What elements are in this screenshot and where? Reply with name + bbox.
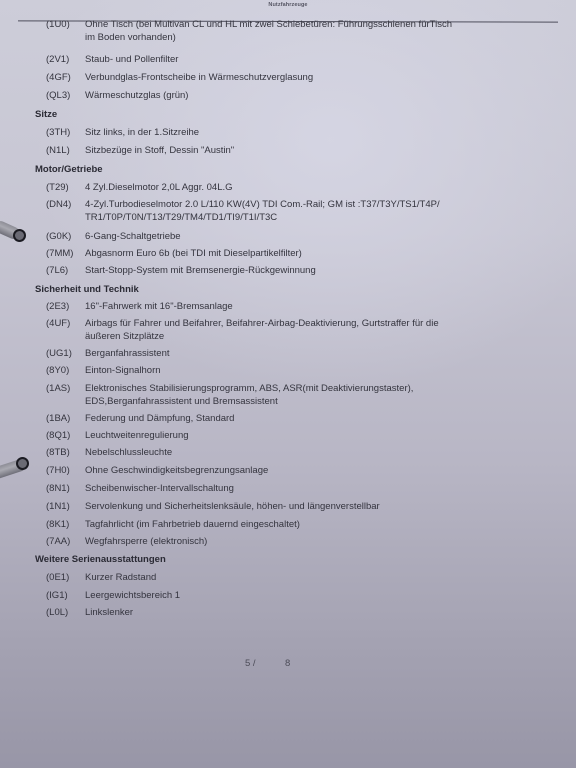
equipment-description: Ohne Tisch (bei Multivan CL und HL mit z… — [85, 18, 505, 31]
section-title: Sitze — [35, 109, 57, 120]
equipment-code: (L0L) — [46, 606, 84, 619]
equipment-description: 4-Zyl.Turbodieselmotor 2.0 L/110 KW(4V) … — [85, 198, 505, 211]
page-number-total: 8 — [285, 658, 290, 669]
equipment-code: (4GF) — [46, 71, 84, 84]
equipment-description-continued: EDS,Berganfahrassistent und Bremsassiste… — [85, 395, 505, 408]
equipment-code: (QL3) — [46, 89, 84, 102]
equipment-description: Berganfahrassistent — [85, 347, 505, 360]
equipment-code: (IG1) — [46, 589, 84, 602]
binder-ring-hole-top — [13, 229, 26, 242]
equipment-description: Linkslenker — [85, 606, 505, 619]
equipment-code: (7MM) — [46, 247, 84, 260]
page-number-current: 5 / — [245, 658, 256, 669]
equipment-code: (2V1) — [46, 53, 84, 66]
equipment-description: 16"-Fahrwerk mit 16"-Bremsanlage — [85, 300, 505, 313]
binder-ring-hole-bottom — [16, 457, 29, 470]
equipment-description: Scheibenwischer-Intervallschaltung — [85, 482, 505, 495]
equipment-description: 6-Gang-Schaltgetriebe — [85, 230, 505, 243]
equipment-description: 4 Zyl.Dieselmotor 2,0L Aggr. 04L.G — [85, 181, 505, 194]
equipment-code: (1U0) — [46, 18, 84, 31]
equipment-description: Wärmeschutzglas (grün) — [85, 89, 505, 102]
equipment-description: Leergewichtsbereich 1 — [85, 589, 505, 602]
equipment-code: (7L6) — [46, 264, 84, 277]
section-title: Weitere Serienausstattungen — [35, 554, 166, 565]
equipment-description: Verbundglas-Frontscheibe in Wärmeschutzv… — [85, 71, 505, 84]
equipment-code: (4UF) — [46, 317, 84, 330]
equipment-code: (0E1) — [46, 571, 84, 584]
equipment-description: Elektronisches Stabilisierungsprogramm, … — [85, 382, 505, 395]
equipment-code: (1AS) — [46, 382, 84, 395]
equipment-code: (3TH) — [46, 126, 84, 139]
equipment-description: Leuchtweitenregulierung — [85, 429, 505, 442]
equipment-description: Tagfahrlicht (im Fahrbetrieb dauernd ein… — [85, 518, 505, 531]
equipment-description: Abgasnorm Euro 6b (bei TDI mit Dieselpar… — [85, 247, 505, 260]
equipment-code: (DN4) — [46, 198, 84, 211]
page-header: Nutzfahrzeuge — [0, 2, 576, 8]
equipment-description: Kurzer Radstand — [85, 571, 505, 584]
equipment-code: (8K1) — [46, 518, 84, 531]
equipment-code: (7AA) — [46, 535, 84, 548]
equipment-description: Einton-Signalhorn — [85, 364, 505, 377]
equipment-description-continued: TR1/T0P/T0N/T13/T29/TM4/TD1/TI9/T1I/T3C — [85, 211, 505, 224]
equipment-description: Sitzbezüge in Stoff, Dessin "Austin" — [85, 144, 505, 157]
equipment-description: Servolenkung und Sicherheitslenksäule, h… — [85, 500, 505, 513]
equipment-description: Sitz links, in der 1.Sitzreihe — [85, 126, 505, 139]
equipment-description: Federung und Dämpfung, Standard — [85, 412, 505, 425]
equipment-code: (1BA) — [46, 412, 84, 425]
equipment-description-continued: im Boden vorhanden) — [85, 31, 505, 44]
equipment-code: (8TB) — [46, 446, 84, 459]
equipment-description: Start-Stopp-System mit Bremsenergie-Rück… — [85, 264, 505, 277]
equipment-code: (1N1) — [46, 500, 84, 513]
equipment-code: (8Q1) — [46, 429, 84, 442]
equipment-description: Staub- und Pollenfilter — [85, 53, 505, 66]
equipment-code: (G0K) — [46, 230, 84, 243]
equipment-code: (8N1) — [46, 482, 84, 495]
equipment-code: (8Y0) — [46, 364, 84, 377]
equipment-code: (7H0) — [46, 464, 84, 477]
equipment-description: Airbags für Fahrer und Beifahrer, Beifah… — [85, 317, 505, 330]
section-title: Motor/Getriebe — [35, 164, 103, 175]
equipment-code: (UG1) — [46, 347, 84, 360]
equipment-code: (T29) — [46, 181, 84, 194]
equipment-code: (N1L) — [46, 144, 84, 157]
equipment-description: Nebelschlussleuchte — [85, 446, 505, 459]
section-title: Sicherheit und Technik — [35, 284, 139, 295]
equipment-description: Ohne Geschwindigkeitsbegrenzungsanlage — [85, 464, 505, 477]
equipment-code: (2E3) — [46, 300, 84, 313]
equipment-description: Wegfahrsperre (elektronisch) — [85, 535, 505, 548]
equipment-description-continued: äußeren Sitzplätze — [85, 330, 505, 343]
